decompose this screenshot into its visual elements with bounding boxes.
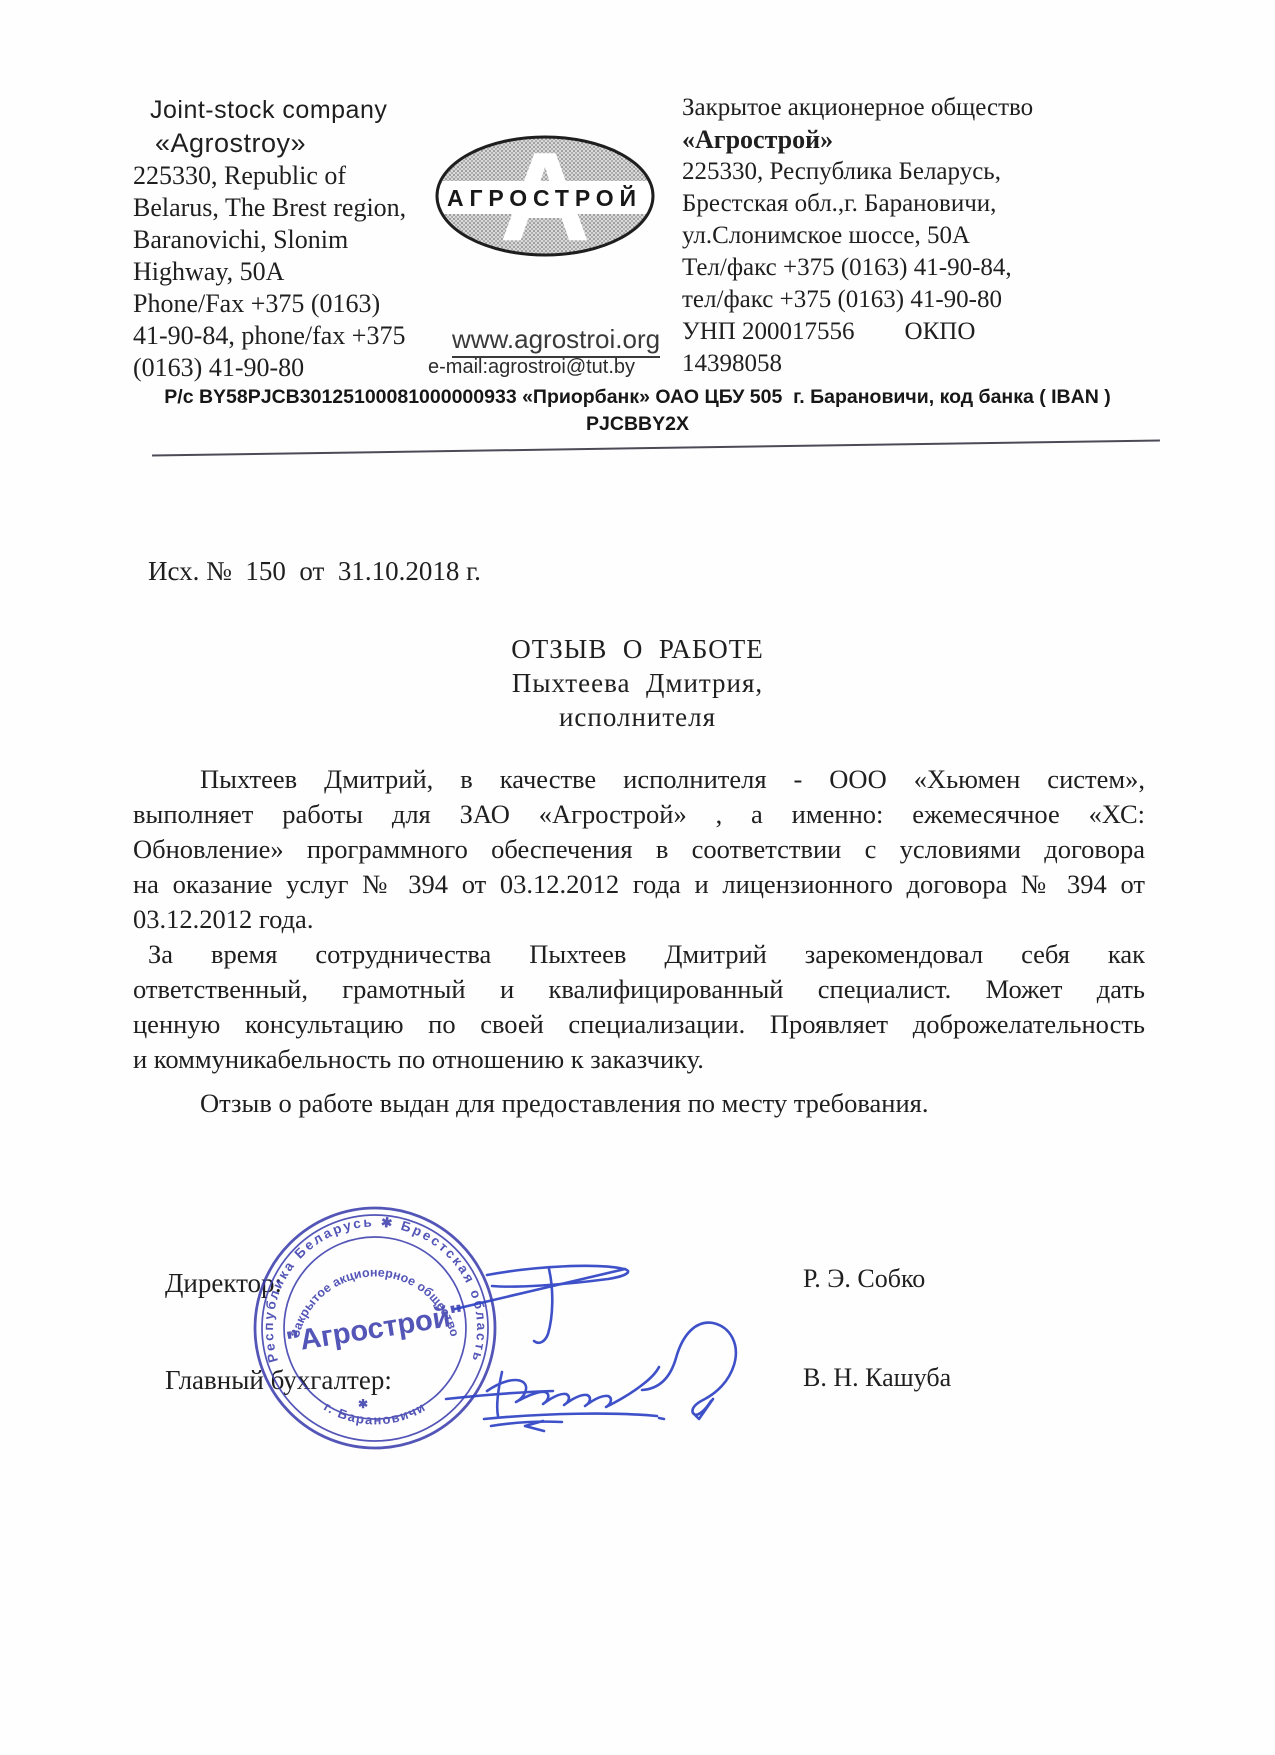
signatures-overlay [0,0,1275,1755]
accountant-signature [446,1323,736,1431]
director-signature [455,1266,628,1343]
letter-page: Joint-stock company «Agrostroy» 225330, … [0,0,1275,1755]
